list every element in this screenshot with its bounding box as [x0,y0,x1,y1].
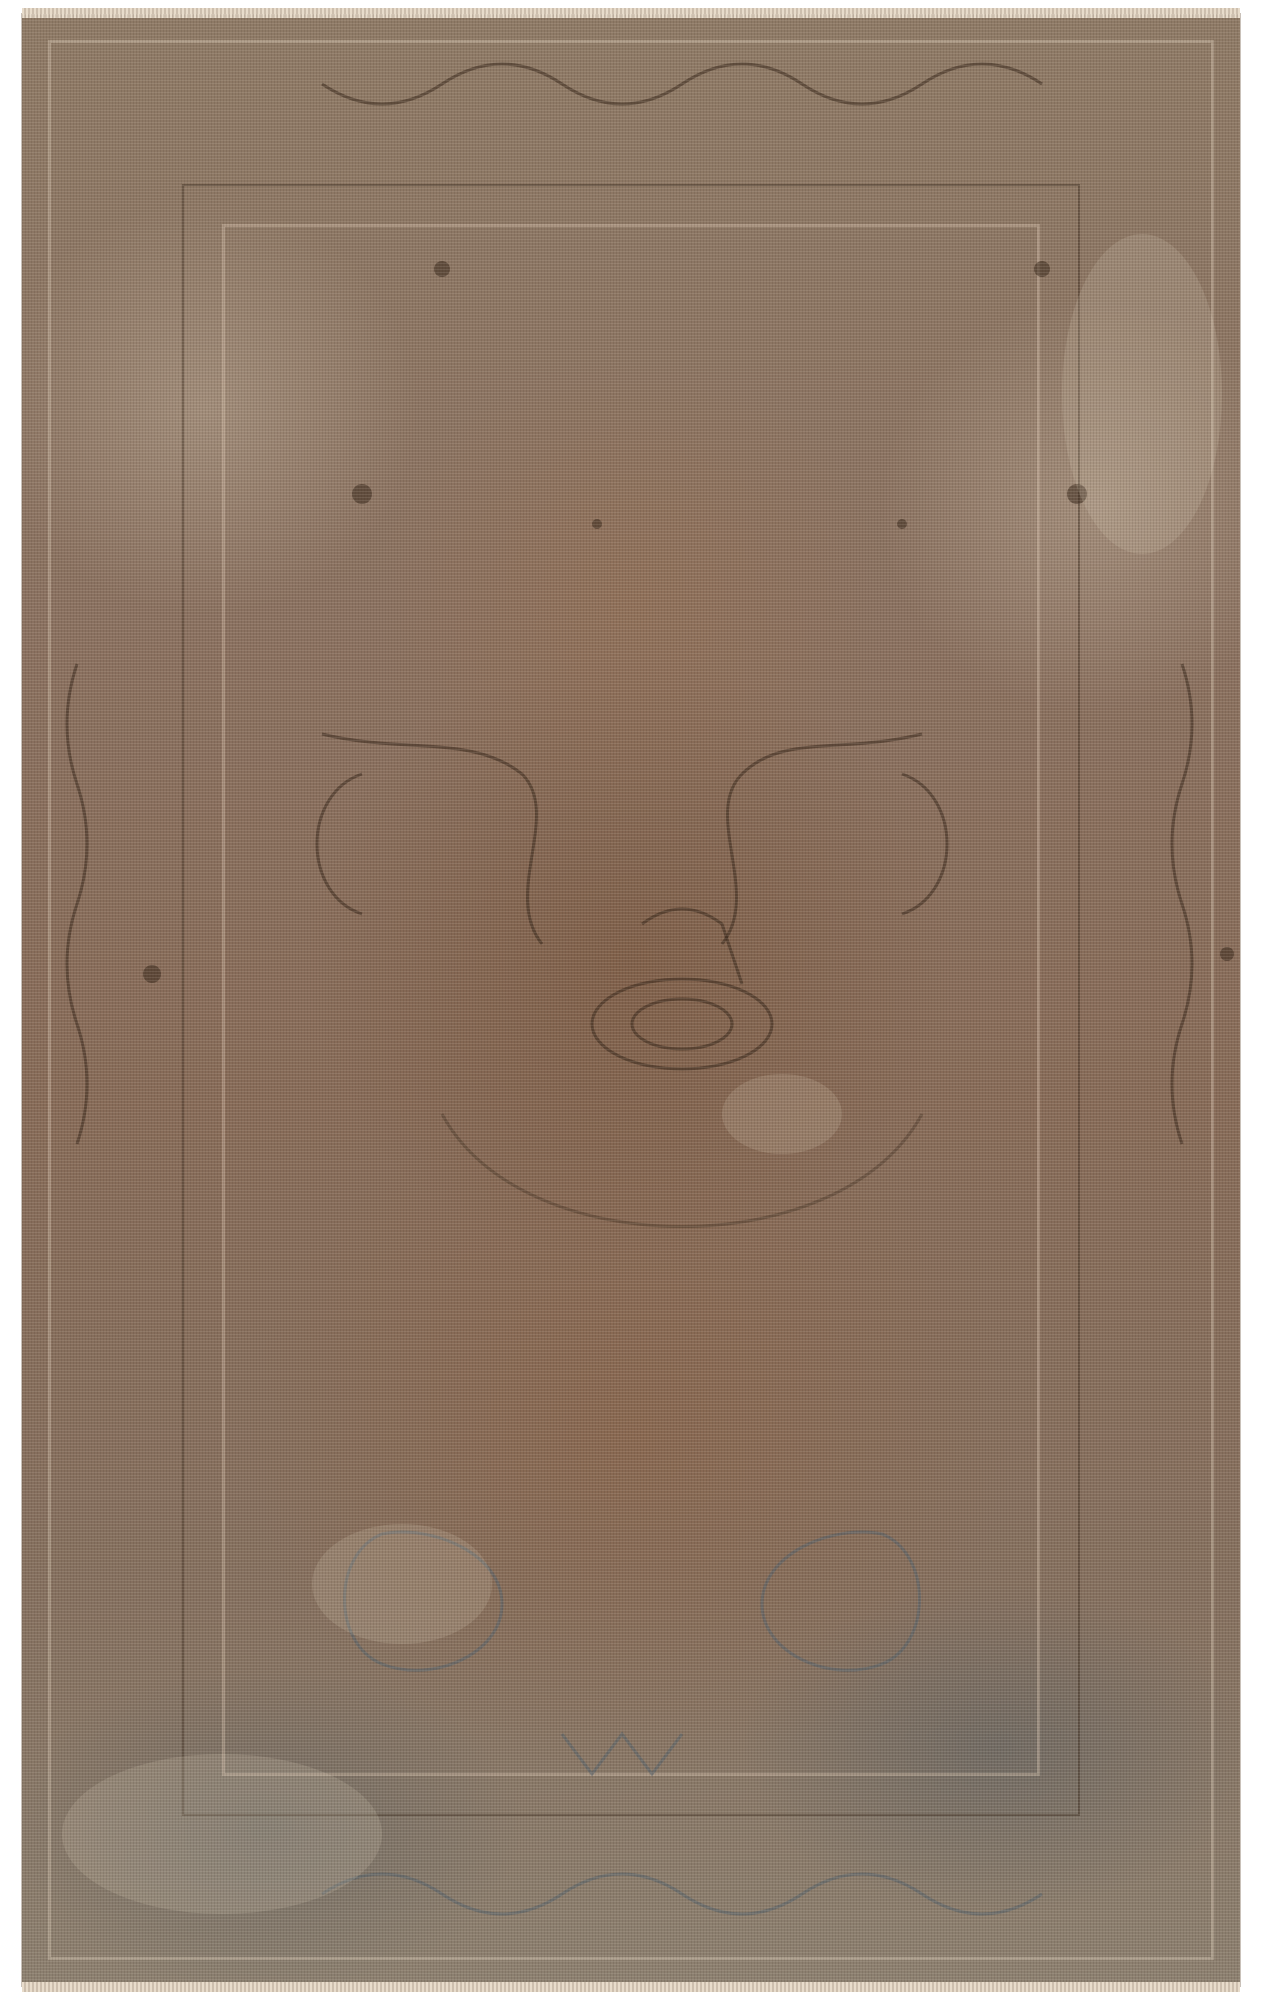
bottom-border-vine [322,1874,1042,1914]
medallion-lower-arc [442,1114,922,1227]
rug-pattern [22,14,1240,1986]
medallion-core [632,999,732,1049]
left-border-vine [67,664,87,1144]
lower-right-cartouche [762,1532,920,1670]
spandrel-right-bloom [902,774,947,914]
medallion-cartouche [592,979,772,1069]
spandrel-left-bloom [317,774,362,914]
worn-patches [62,234,1222,1914]
lower-zigzag [562,1734,682,1774]
spandrel-right [722,734,922,944]
rug [22,14,1240,1986]
medallion-crown [642,909,742,984]
bottom-fringe [22,1982,1240,1992]
right-border-vine [1172,664,1192,1144]
top-border-vine [322,64,1042,104]
